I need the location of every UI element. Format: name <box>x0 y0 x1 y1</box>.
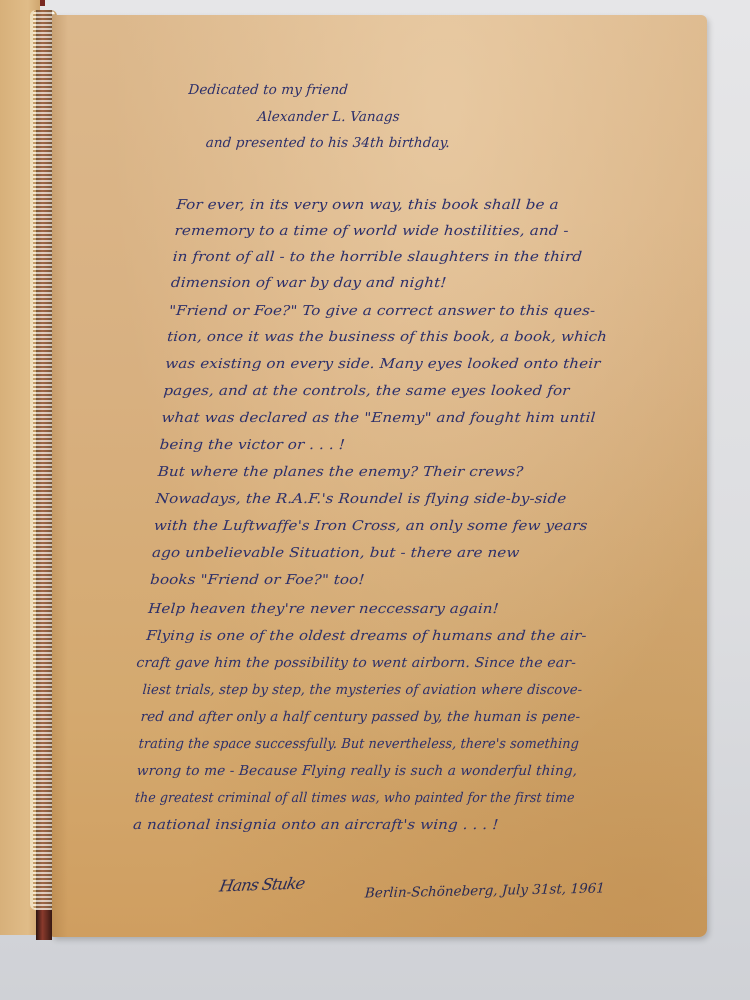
dedication-line-3: and presented to his 34th birthday. <box>205 135 450 151</box>
body-line: tion, once it was the business of this b… <box>167 329 608 345</box>
body-line: the greatest criminal of all times was, … <box>134 790 575 806</box>
body-line: dimension of war by day and night! <box>170 275 447 291</box>
body-line: ago unbelievable Situation, but - there … <box>152 545 521 561</box>
body-line: Flying is one of the oldest dreams of hu… <box>146 628 587 644</box>
body-line: what was declared as the "Enemy" and fou… <box>161 410 596 426</box>
signature: Hans Stuke <box>218 874 306 896</box>
dedication-recipient: Alexander L. Vanags <box>257 109 400 125</box>
body-line: red and after only a half century passed… <box>140 709 581 725</box>
body-line: craft gave him the possibility to went a… <box>136 655 577 671</box>
body-line: rememory to a time of world wide hostili… <box>174 223 569 239</box>
body-line: Nowadays, the R.A.F.'s Roundel is flying… <box>155 491 567 507</box>
body-line: liest trials, step by step, the mysterie… <box>142 682 583 698</box>
body-line: was existing on every side. Many eyes lo… <box>165 356 601 372</box>
body-line: a national insignia onto an aircraft's w… <box>132 817 499 833</box>
body-line: in front of all - to the horrible slaugh… <box>172 249 582 265</box>
body-line: trating the space successfully. But neve… <box>138 736 579 752</box>
body-line: being the victor or . . . ! <box>159 437 346 453</box>
body-line: "Friend or Foe?" To give a correct answe… <box>168 303 595 319</box>
dedication-line-1: Dedicated to my friend <box>188 82 349 98</box>
body-line: books "Friend or Foe?" too! <box>150 572 366 588</box>
body-line: Help heaven they're never neccessary aga… <box>148 601 500 617</box>
body-line: with the Luftwaffe's Iron Cross, an only… <box>153 518 588 534</box>
body-line: wrong to me - Because Flying really is s… <box>136 763 577 779</box>
body-line: But where the planes the enemy? Their cr… <box>157 464 524 480</box>
body-line: For ever, in its very own way, this book… <box>176 197 559 213</box>
body-line: pages, and at the controls, the same eye… <box>163 383 570 399</box>
